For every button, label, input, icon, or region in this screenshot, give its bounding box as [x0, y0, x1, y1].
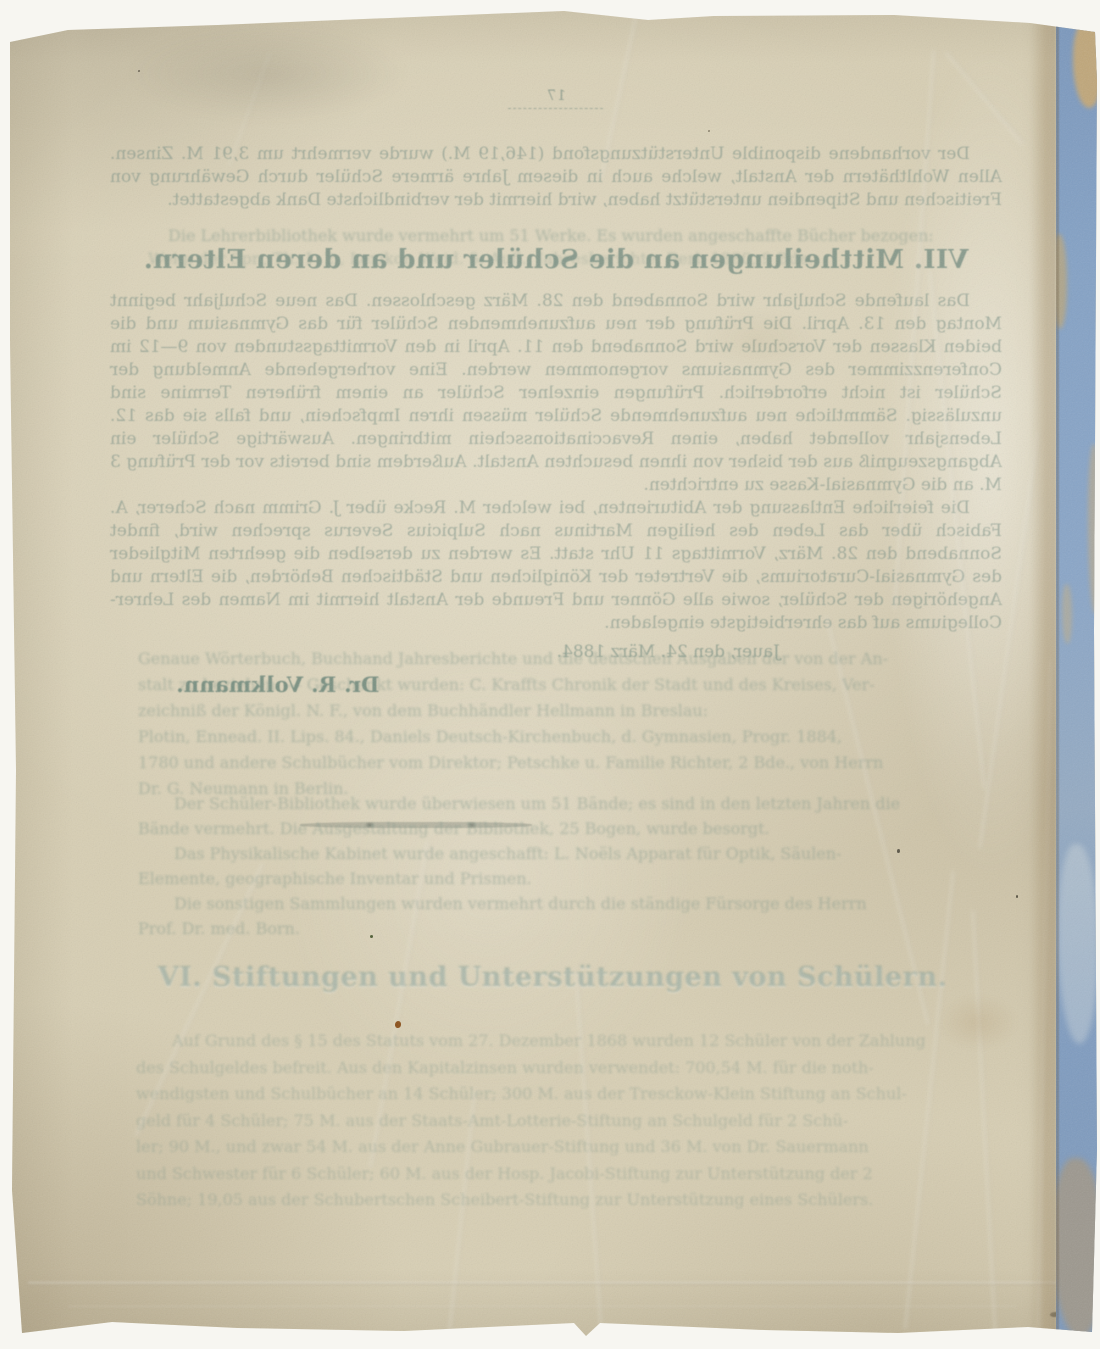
ink-smudge	[300, 822, 532, 828]
offset-line: Der Schüler-Bibliothek wurde überwiesen …	[138, 791, 1010, 816]
offset-line: Das Physikalische Kabinet wurde angescha…	[138, 841, 1010, 866]
fly-speck	[395, 1021, 401, 1028]
dateline: Jauer, den 24. März 1884.	[110, 642, 780, 662]
offset-line: wendigsten und Schulbücher an 14 Schüler…	[136, 1081, 1016, 1108]
page-number: 17	[110, 88, 1002, 104]
offset-line: Söhne; 19,05 aus der Schubertschen Schei…	[136, 1187, 1016, 1214]
crease-line-horizontal	[28, 1282, 1058, 1285]
cover-wear-patch	[1058, 844, 1097, 1044]
offset-line: geld für 4 Schüler; 75 M. aus der Staats…	[136, 1108, 1016, 1135]
cover-wear-patch	[1056, 1158, 1097, 1332]
crease-line	[575, 970, 605, 1349]
crease-line	[972, 910, 998, 1340]
page-number-rule	[509, 108, 604, 109]
crease-line	[369, 842, 430, 1168]
speck	[1016, 895, 1018, 898]
speck	[370, 935, 373, 938]
offset-line: ler; 90 M., und zwar 54 M. aus der Anne …	[136, 1134, 1016, 1161]
offset-line: Auf Grund des § 15 des Statuts vom 27. D…	[136, 1028, 1016, 1055]
offset-line: des Schulgeldes befreit. Aus den Kapital…	[136, 1055, 1016, 1082]
speck	[138, 70, 140, 72]
scanned-document: { "page": { "number": "17", "paragraph_f…	[0, 0, 1100, 1349]
speck	[897, 849, 900, 853]
section-heading-vi: VI. Stiftungen und Unterstützungen von S…	[8, 962, 1097, 993]
cover-wear-patch	[1073, 24, 1097, 108]
offset-line: Die sonstigen Sammlungen wurden vermehrt…	[138, 891, 1010, 916]
section-heading-vii: VII. Mittheilungen an die Schüler und an…	[110, 245, 1002, 275]
cover-wear-patch	[1062, 584, 1072, 644]
offset-line: zeichniß der Königl. N. F., von dem Buch…	[138, 698, 1010, 724]
offset-line: 1780 und andere Schulbücher vom Direktor…	[138, 750, 1010, 776]
crease-line	[904, 871, 956, 1329]
speck	[708, 130, 710, 132]
crease-line	[135, 863, 265, 1137]
offset-line: Elemente, geographische Inventar und Pri…	[138, 866, 1010, 891]
paper-sheet: 17 Der vorhandene disponible Unterstützu…	[8, 10, 1097, 1336]
offset-block-collections: Der Schüler-Bibliothek wurde überwiesen …	[138, 791, 1010, 941]
offset-block-stiftungen: Auf Grund des § 15 des Statuts vom 27. D…	[136, 1028, 1016, 1214]
crease-line-horizontal	[68, 1306, 1018, 1308]
offset-line: Plotin, Ennead. II. Lips. 84., Daniels D…	[138, 724, 1010, 750]
cover-edge-shadow	[1056, 24, 1059, 1332]
cover-wear-patch	[1088, 444, 1097, 614]
offset-line: Dr. G. Neumann in Berlin.	[138, 776, 1010, 802]
offset-line: Prof. Dr. med. Born.	[138, 916, 1010, 941]
paragraph-schuljahr: Das laufende Schuljahr wird Sonnabend de…	[110, 290, 1002, 497]
paragraph-entlassung: Die feierliche Entlassung der Abiturient…	[110, 497, 1002, 635]
showthrough-text-mirrored: 17 Der vorhandene disponible Unterstützu…	[110, 88, 1002, 697]
offset-line: und Schwester für 6 Schüler; 60 M. aus d…	[136, 1161, 1016, 1188]
signature: Dr. R. Volkmann.	[110, 672, 1002, 697]
paragraph-fund: Der vorhandene disponible Unterstützungs…	[110, 143, 1002, 212]
crease-line	[446, 1091, 477, 1349]
blue-cover-edge	[1056, 24, 1097, 1332]
gutter-shadow	[1030, 10, 1056, 1336]
